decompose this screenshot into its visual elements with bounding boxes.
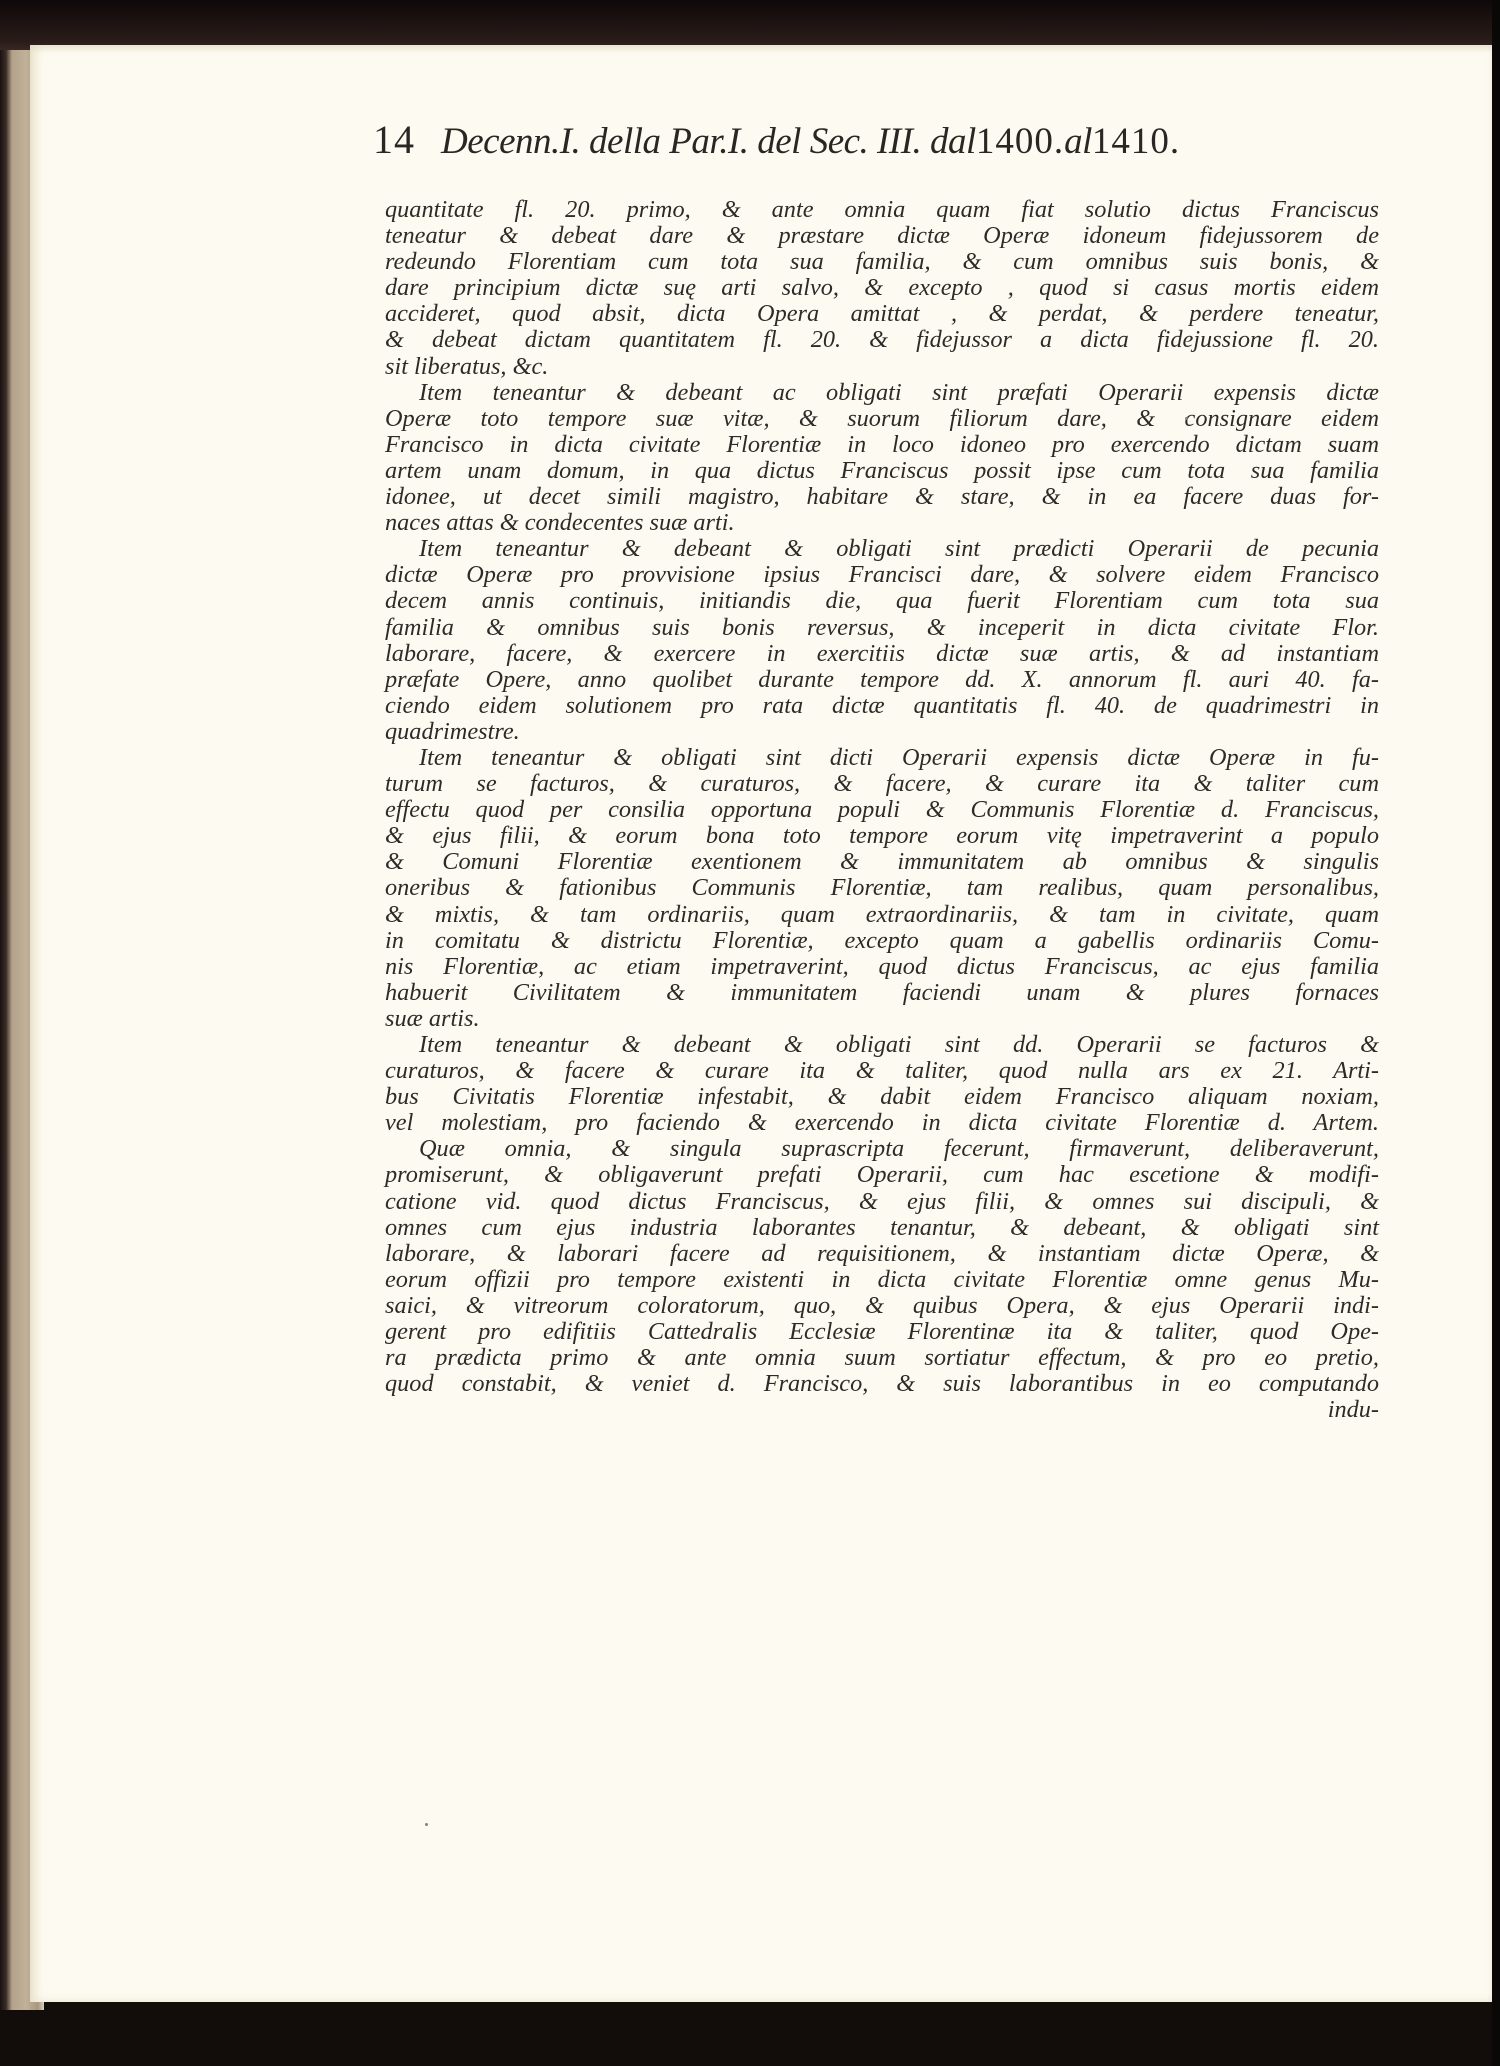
text-line: oneribus & fationibus Communis Florentiæ… — [385, 875, 1379, 901]
text-line: teneatur & debeat dare & præstare dictæ … — [385, 223, 1379, 249]
text-line: Item teneantur & debeant & obligati sint… — [385, 536, 1379, 562]
text-line: laborare, & laborari facere ad requisiti… — [385, 1241, 1379, 1267]
text-line: effectu quod per consilia opportuna popu… — [385, 797, 1379, 823]
text-line: saici, & vitreorum coloratorum, quo, & q… — [385, 1293, 1379, 1319]
text-line-content: familia & omnibus suis bonis reversus, &… — [385, 614, 1379, 641]
running-year-end: 1410. — [1092, 121, 1180, 162]
text-line-content: præfate Opere, anno quolibet durante tem… — [385, 666, 1379, 693]
text-line: redeundo Florentiam cum tota sua familia… — [385, 249, 1379, 275]
text-line: quantitate fl. 20. primo, & ante omnia q… — [385, 197, 1379, 223]
text-line: promiserunt, & obligaverunt prefati Oper… — [385, 1162, 1379, 1188]
scan-right-border — [1492, 0, 1500, 2066]
text-line-content: Item teneantur & debeant & obligati sint… — [419, 1031, 1379, 1058]
text-line: ciendo eidem solutionem pro rata dictæ q… — [385, 693, 1379, 719]
text-line-content: bus Civitatis Florentiæ infestabit, & da… — [385, 1083, 1379, 1110]
text-line: & debeat dictam quantitatem fl. 20. & fi… — [385, 327, 1379, 353]
running-year-start: 1400. — [976, 121, 1064, 162]
text-line: vel molestiam, pro faciendo & exercendo … — [385, 1110, 1379, 1136]
text-line-content: oneribus & fationibus Communis Florentiæ… — [385, 874, 1379, 901]
text-line-content: habuerit Civilitatem & immunitatem facie… — [385, 979, 1379, 1006]
text-line-content: artem unam domum, in qua dictus Francisc… — [385, 457, 1379, 484]
text-line-content: Francisco in dicta civitate Florentiæ in… — [385, 431, 1379, 458]
text-line-content: naces attas & condecentes suæ arti. — [385, 509, 735, 536]
text-line: idonee, ut decet simili magistro, habita… — [385, 484, 1379, 510]
text-line-content: quantitate fl. 20. primo, & ante omnia q… — [385, 196, 1379, 223]
text-line: quadrimestre. — [385, 719, 1379, 745]
text-line-content: redeundo Florentiam cum tota sua familia… — [385, 248, 1379, 275]
text-line-content: Quæ omnia, & singula suprascripta feceru… — [419, 1135, 1379, 1162]
text-line: & ejus filii, & eorum bona toto tempore … — [385, 823, 1379, 849]
text-line: Item teneantur & obligati sint dicti Ope… — [385, 745, 1379, 771]
text-line-content: saici, & vitreorum coloratorum, quo, & q… — [385, 1292, 1379, 1319]
text-line: dare principium dictæ suę arti salvo, & … — [385, 275, 1379, 301]
text-line-content: & mixtis, & tam ordinariis, quam extraor… — [385, 901, 1379, 928]
text-line: ra prædicta primo & ante omnia suum sort… — [385, 1345, 1379, 1371]
text-line: bus Civitatis Florentiæ infestabit, & da… — [385, 1084, 1379, 1110]
text-line-content: turum se facturos, & curaturos, & facere… — [385, 770, 1379, 797]
text-line: & mixtis, & tam ordinariis, quam extraor… — [385, 902, 1379, 928]
text-line-content: Item teneantur & debeant & obligati sint… — [419, 535, 1379, 562]
text-line: Francisco in dicta civitate Florentiæ in… — [385, 432, 1379, 458]
text-line: curaturos, & facere & curare ita & talit… — [385, 1058, 1379, 1084]
text-line: in comitatu & districtu Florentiæ, excep… — [385, 928, 1379, 954]
text-line: omnes cum ejus industria laborantes tena… — [385, 1215, 1379, 1241]
text-line: catione vid. quod dictus Franciscus, & e… — [385, 1189, 1379, 1215]
text-line: suæ artis. — [385, 1006, 1379, 1032]
text-line: artem unam domum, in qua dictus Francisc… — [385, 458, 1379, 484]
text-line: Operæ toto tempore suæ vitæ, & suorum fi… — [385, 406, 1379, 432]
text-line-content: ra prædicta primo & ante omnia suum sort… — [385, 1344, 1379, 1371]
text-line-content: & Comuni Florentiæ exentionem & immunita… — [385, 848, 1379, 875]
text-line-content: eorum offizii pro tempore existenti in d… — [385, 1266, 1379, 1293]
text-line: nis Florentiæ, ac etiam impetraverint, q… — [385, 954, 1379, 980]
text-line-content: Item teneantur & debeant ac obligati sin… — [419, 379, 1379, 406]
text-line-content: sit liberatus, &c. — [385, 353, 548, 380]
text-line-content: quod constabit, & veniet d. Francisco, &… — [385, 1370, 1379, 1397]
text-line-content: Item teneantur & obligati sint dicti Ope… — [419, 744, 1379, 771]
text-line: Item teneantur & debeant ac obligati sin… — [385, 380, 1379, 406]
text-line-content: quadrimestre. — [385, 718, 520, 745]
running-head: 14Decenn.I. della Par.I. del Sec. III. d… — [373, 116, 1383, 168]
text-line-content: laborare, & laborari facere ad requisiti… — [385, 1240, 1379, 1267]
text-line: naces attas & condecentes suæ arti. — [385, 510, 1379, 536]
text-line-content: nis Florentiæ, ac etiam impetraverint, q… — [385, 953, 1379, 980]
page-number: 14 — [373, 116, 415, 163]
text-line-content: laborare, facere, & exercere in exerciti… — [385, 640, 1379, 667]
text-line: eorum offizii pro tempore existenti in d… — [385, 1267, 1379, 1293]
text-line: habuerit Civilitatem & immunitatem facie… — [385, 980, 1379, 1006]
text-line: Quæ omnia, & singula suprascripta feceru… — [385, 1136, 1379, 1162]
running-al: al — [1064, 120, 1092, 163]
text-line-content: & debeat dictam quantitatem fl. 20. & fi… — [385, 326, 1379, 353]
text-line-content: Operæ toto tempore suæ vitæ, & suorum fi… — [385, 405, 1379, 432]
text-line-content: accideret, quod absit, dicta Opera amitt… — [385, 300, 1379, 327]
text-line-content: curaturos, & facere & curare ita & talit… — [385, 1057, 1379, 1084]
text-line: decem annis continuis, initiandis die, q… — [385, 588, 1379, 614]
text-line: præfate Opere, anno quolibet durante tem… — [385, 667, 1379, 693]
text-line: accideret, quod absit, dicta Opera amitt… — [385, 301, 1379, 327]
text-line-content: idonee, ut decet simili magistro, habita… — [385, 483, 1379, 510]
text-line-content: vel molestiam, pro faciendo & exercendo … — [385, 1109, 1379, 1136]
text-line-content: ciendo eidem solutionem pro rata dictæ q… — [385, 692, 1379, 719]
catchword: indu- — [385, 1397, 1379, 1423]
text-line-content: suæ artis. — [385, 1005, 480, 1032]
text-line: sit liberatus, &c. — [385, 354, 1379, 380]
text-line-content: in comitatu & districtu Florentiæ, excep… — [385, 927, 1379, 954]
paper-speck — [1185, 417, 1188, 420]
text-line-content: teneatur & debeat dare & præstare dictæ … — [385, 222, 1379, 249]
text-line-content: promiserunt, & obligaverunt prefati Oper… — [385, 1161, 1379, 1188]
text-line-content: dare principium dictæ suę arti salvo, & … — [385, 274, 1379, 301]
text-line: quod constabit, & veniet d. Francisco, &… — [385, 1371, 1379, 1397]
paper-speck — [425, 1823, 428, 1826]
text-line: dictæ Operæ pro provvisione ipsius Franc… — [385, 562, 1379, 588]
text-line-content: dictæ Operæ pro provvisione ipsius Franc… — [385, 561, 1379, 588]
text-line-content: effectu quod per consilia opportuna popu… — [385, 796, 1379, 823]
text-line: gerent pro edifitiis Cattedralis Ecclesi… — [385, 1319, 1379, 1345]
text-line: familia & omnibus suis bonis reversus, &… — [385, 615, 1379, 641]
text-line: Item teneantur & debeant & obligati sint… — [385, 1032, 1379, 1058]
text-line-content: gerent pro edifitiis Cattedralis Ecclesi… — [385, 1318, 1379, 1345]
text-line: & Comuni Florentiæ exentionem & immunita… — [385, 849, 1379, 875]
text-line: laborare, facere, & exercere in exerciti… — [385, 641, 1379, 667]
text-line: turum se facturos, & curaturos, & facere… — [385, 771, 1379, 797]
text-line-content: decem annis continuis, initiandis die, q… — [385, 587, 1379, 614]
body-text: quantitate fl. 20. primo, & ante omnia q… — [385, 197, 1379, 1423]
text-line-content: & ejus filii, & eorum bona toto tempore … — [385, 822, 1379, 849]
running-title: Decenn.I. della Par.I. del Sec. III. dal — [441, 120, 976, 163]
text-line-content: catione vid. quod dictus Franciscus, & e… — [385, 1188, 1379, 1215]
text-line-content: omnes cum ejus industria laborantes tena… — [385, 1214, 1379, 1241]
